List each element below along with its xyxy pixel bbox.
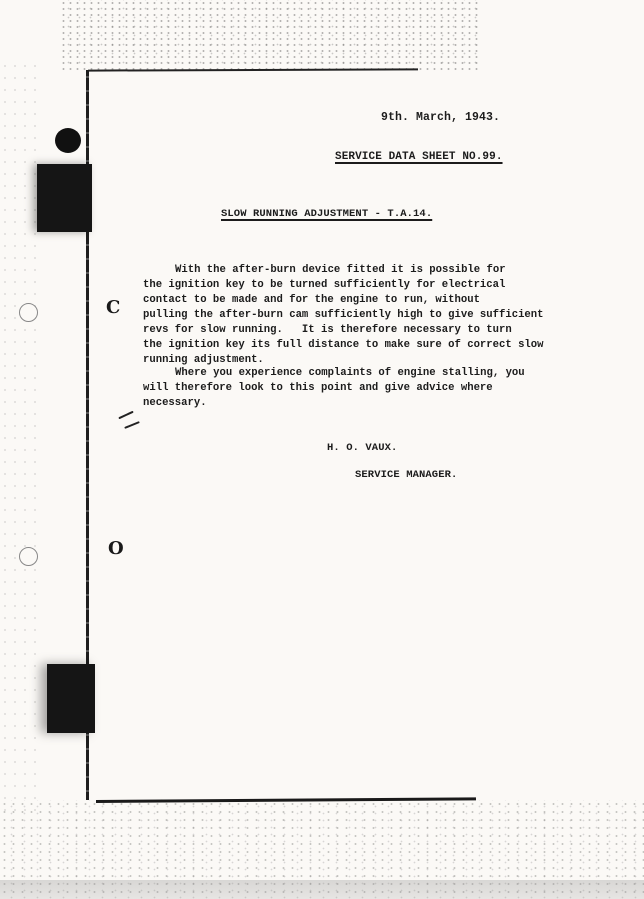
paragraph-line: Where you experience complaints of engin… bbox=[143, 366, 525, 381]
paragraph-line: will therefore look to this point and gi… bbox=[143, 381, 525, 396]
binder-tab-top bbox=[37, 164, 92, 232]
binder-tab-bottom bbox=[47, 664, 95, 733]
sheet-number-heading: SERVICE DATA SHEET NO.99. bbox=[335, 150, 503, 165]
paragraph-line: revs for slow running. It is therefore n… bbox=[143, 323, 544, 338]
pen-mark bbox=[118, 411, 133, 420]
subject-heading: SLOW RUNNING ADJUSTMENT - T.A.14. bbox=[221, 207, 432, 222]
paragraph-line: necessary. bbox=[143, 396, 525, 411]
signatory-title: SERVICE MANAGER. bbox=[355, 468, 457, 483]
signatory-name: H. O. VAUX. bbox=[327, 441, 397, 456]
scan-noise-left bbox=[0, 60, 40, 820]
scan-edge-strip bbox=[0, 880, 644, 899]
body-paragraph-1: With the after-burn device fitted it is … bbox=[143, 263, 544, 368]
binder-clip-mark: C bbox=[106, 297, 120, 318]
paragraph-line: With the after-burn device fitted it is … bbox=[143, 263, 544, 278]
punch-dot-mark bbox=[55, 128, 81, 153]
paragraph-line: contact to be made and for the engine to… bbox=[143, 293, 544, 308]
paragraph-line: the ignition key to be turned sufficient… bbox=[143, 278, 544, 293]
scan-noise-bottom bbox=[0, 800, 644, 899]
page-frame-bottom-edge bbox=[96, 797, 476, 803]
body-paragraph-2: Where you experience complaints of engin… bbox=[143, 366, 525, 411]
punch-hole-icon bbox=[19, 547, 38, 566]
scan-noise-top bbox=[60, 0, 480, 70]
document-date: 9th. March, 1943. bbox=[381, 110, 500, 125]
binder-clip-mark: O bbox=[108, 538, 124, 559]
page-frame-top-edge bbox=[88, 68, 418, 71]
paragraph-line: pulling the after-burn cam sufficiently … bbox=[143, 308, 544, 323]
paragraph-line: the ignition key its full distance to ma… bbox=[143, 338, 544, 353]
pen-mark bbox=[124, 421, 140, 429]
punch-hole-icon bbox=[19, 303, 38, 322]
